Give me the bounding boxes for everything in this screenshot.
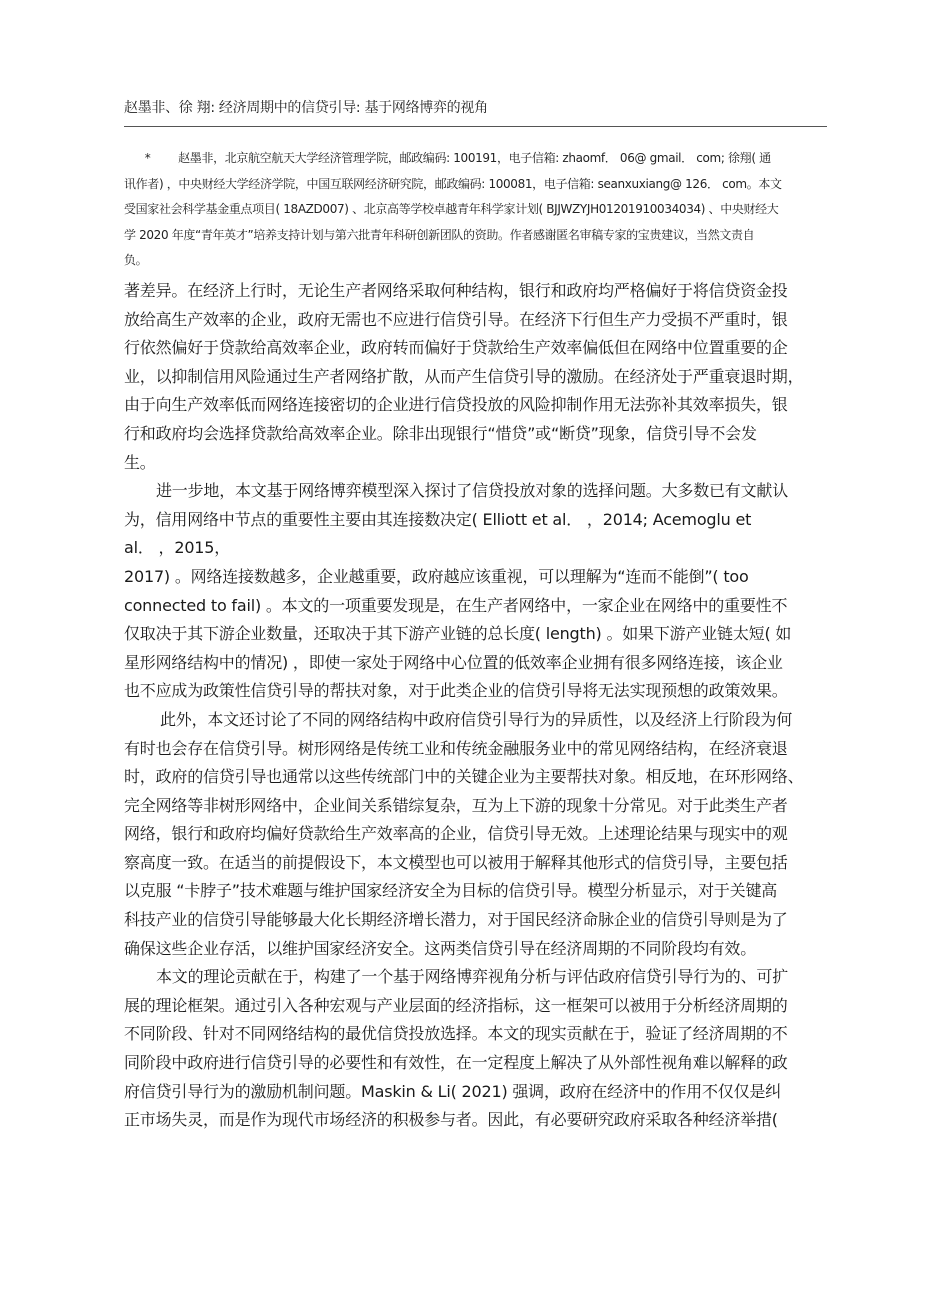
footnote-line: 讯作者) ，中央财经大学经济学院，中国互联网经济研究院，邮政编码: 100081…: [124, 172, 827, 198]
footnote-line: 负。: [124, 248, 827, 274]
text-line: al． ，2015，: [124, 534, 827, 563]
paragraph-4: 本文的理论贡献在于，构建了一个基于网络博弈视角分析与评估政府信贷引导行为的、可扩…: [124, 963, 827, 1135]
text-line: 放给高生产效率的企业，政府无需也不应进行信贷引导。在经济下行但生产力受损不严重时…: [124, 306, 827, 335]
text-line: 察高度一致。在适当的前提假设下，本文模型也可以被用于解释其他形式的信贷引导，主要…: [124, 849, 827, 878]
footnote-line: 学 2020 年度“青年英才”培养支持计划与第六批青年科研创新团队的资助。作者感…: [124, 223, 827, 249]
text-line: 同阶段中政府进行信贷引导的必要性和有效性，在一定程度上解决了从外部性视角难以解释…: [124, 1049, 827, 1078]
text-line: 网络，银行和政府均偏好贷款给生产效率高的企业，信贷引导无效。上述理论结果与现实中…: [124, 820, 827, 849]
text-line: 正市场失灵，而是作为现代市场经济的积极参与者。因此，有必要研究政府采取各种经济举…: [124, 1106, 827, 1135]
text-line: 有时也会存在信贷引导。树形网络是传统工业和传统金融服务业中的常见网络结构，在经济…: [124, 735, 827, 764]
text-line: 进一步地，本文基于网络博弈模型深入探讨了信贷投放对象的选择问题。大多数已有文献认: [124, 477, 827, 506]
author-footnote: * 赵墨非，北京航空航天大学经济管理学院，邮政编码: 100191，电子信箱: …: [124, 146, 827, 274]
text-line: 行和政府均会选择贷款给高效率企业。除非出现银行“惜贷”或“断贷”现象，信贷引导不…: [124, 420, 827, 449]
text-line: 展的理论框架。通过引入各种宏观与产业层面的经济指标，这一框架可以被用于分析经济周…: [124, 992, 827, 1021]
text-line: 不同阶段、针对不同网络结构的最优信贷投放选择。本文的现实贡献在于，验证了经济周期…: [124, 1020, 827, 1049]
footnote-line: 受国家社会科学基金重点项目( 18AZD007) 、北京高等学校卓越青年科学家计…: [124, 197, 827, 223]
text-line: connected to fail) 。本文的一项重要发现是，在生产者网络中，一…: [124, 592, 827, 621]
text-line: 行依然偏好于贷款给高效率企业，政府转而偏好于贷款给生产效率偏低但在网络中位置重要…: [124, 334, 827, 363]
paragraph-1: 著差异。在经济上行时，无论生产者网络采取何种结构，银行和政府均严格偏好于将信贷资…: [124, 277, 827, 477]
text-line: 完全网络等非树形网络中，企业间关系错综复杂，互为上下游的现象十分常见。对于此类生…: [124, 792, 827, 821]
text-line: 本文的理论贡献在于，构建了一个基于网络博弈视角分析与评估政府信贷引导行为的、可扩: [124, 963, 827, 992]
text-line: 业，以抑制信用风险通过生产者网络扩散，从而产生信贷引导的激励。在经济处于严重衰退…: [124, 363, 827, 392]
text-line: 时，政府的信贷引导也通常以这些传统部门中的关键企业为主要帮扶对象。相反地，在环形…: [124, 763, 827, 792]
text-line: 著差异。在经济上行时，无论生产者网络采取何种结构，银行和政府均严格偏好于将信贷资…: [124, 277, 827, 306]
text-line: 确保这些企业存活，以维护国家经济安全。这两类信贷引导在经济周期的不同阶段均有效。: [124, 935, 827, 964]
text-line: 由于向生产效率低而网络连接密切的企业进行信贷投放的风险抑制作用无法弥补其效率损失…: [124, 391, 827, 420]
text-line: 仅取决于其下游企业数量，还取决于其下游产业链的总长度( length) 。如果下…: [124, 620, 827, 649]
paragraph-2: 进一步地，本文基于网络博弈模型深入探讨了信贷投放对象的选择问题。大多数已有文献认…: [124, 477, 827, 706]
running-head: 赵墨非、徐 翔: 经济周期中的信贷引导: 基于网络博弈的视角: [124, 97, 488, 117]
text-line: 星形网络结构中的情况) ，即使一家处于网络中心位置的低效率企业拥有很多网络连接，…: [124, 649, 827, 678]
text-line: 生。: [124, 449, 827, 478]
text-line: 以克服 “卡脖子”技术难题与维护国家经济安全为目标的信贷引导。模型分析显示，对于…: [124, 877, 827, 906]
footnote-line: * 赵墨非，北京航空航天大学经济管理学院，邮政编码: 100191，电子信箱: …: [124, 146, 827, 172]
text-line: 2017) 。网络连接数越多，企业越重要，政府越应该重视，可以理解为“连而不能倒…: [124, 563, 827, 592]
paper-page: 赵墨非、徐 翔: 经济周期中的信贷引导: 基于网络博弈的视角 * 赵墨非，北京航…: [0, 0, 950, 1290]
paragraph-3: 此外，本文还讨论了不同的网络结构中政府信贷引导行为的异质性，以及经济上行阶段为何…: [124, 706, 827, 963]
body-text: 著差异。在经济上行时，无论生产者网络采取何种结构，银行和政府均严格偏好于将信贷资…: [124, 277, 827, 1135]
text-line: 此外，本文还讨论了不同的网络结构中政府信贷引导行为的异质性，以及经济上行阶段为何: [124, 706, 827, 735]
text-line: 为，信用网络中节点的重要性主要由其连接数决定( Elliott et al． ，…: [124, 506, 827, 535]
text-line: 府信贷引导行为的激励机制问题。Maskin & Li( 2021) 强调，政府在…: [124, 1078, 827, 1107]
header-rule: [124, 126, 827, 127]
text-line: 也不应成为政策性信贷引导的帮扶对象，对于此类企业的信贷引导将无法实现预想的政策效…: [124, 677, 827, 706]
text-line: 科技产业的信贷引导能够最大化长期经济增长潜力，对于国民经济命脉企业的信贷引导则是…: [124, 906, 827, 935]
